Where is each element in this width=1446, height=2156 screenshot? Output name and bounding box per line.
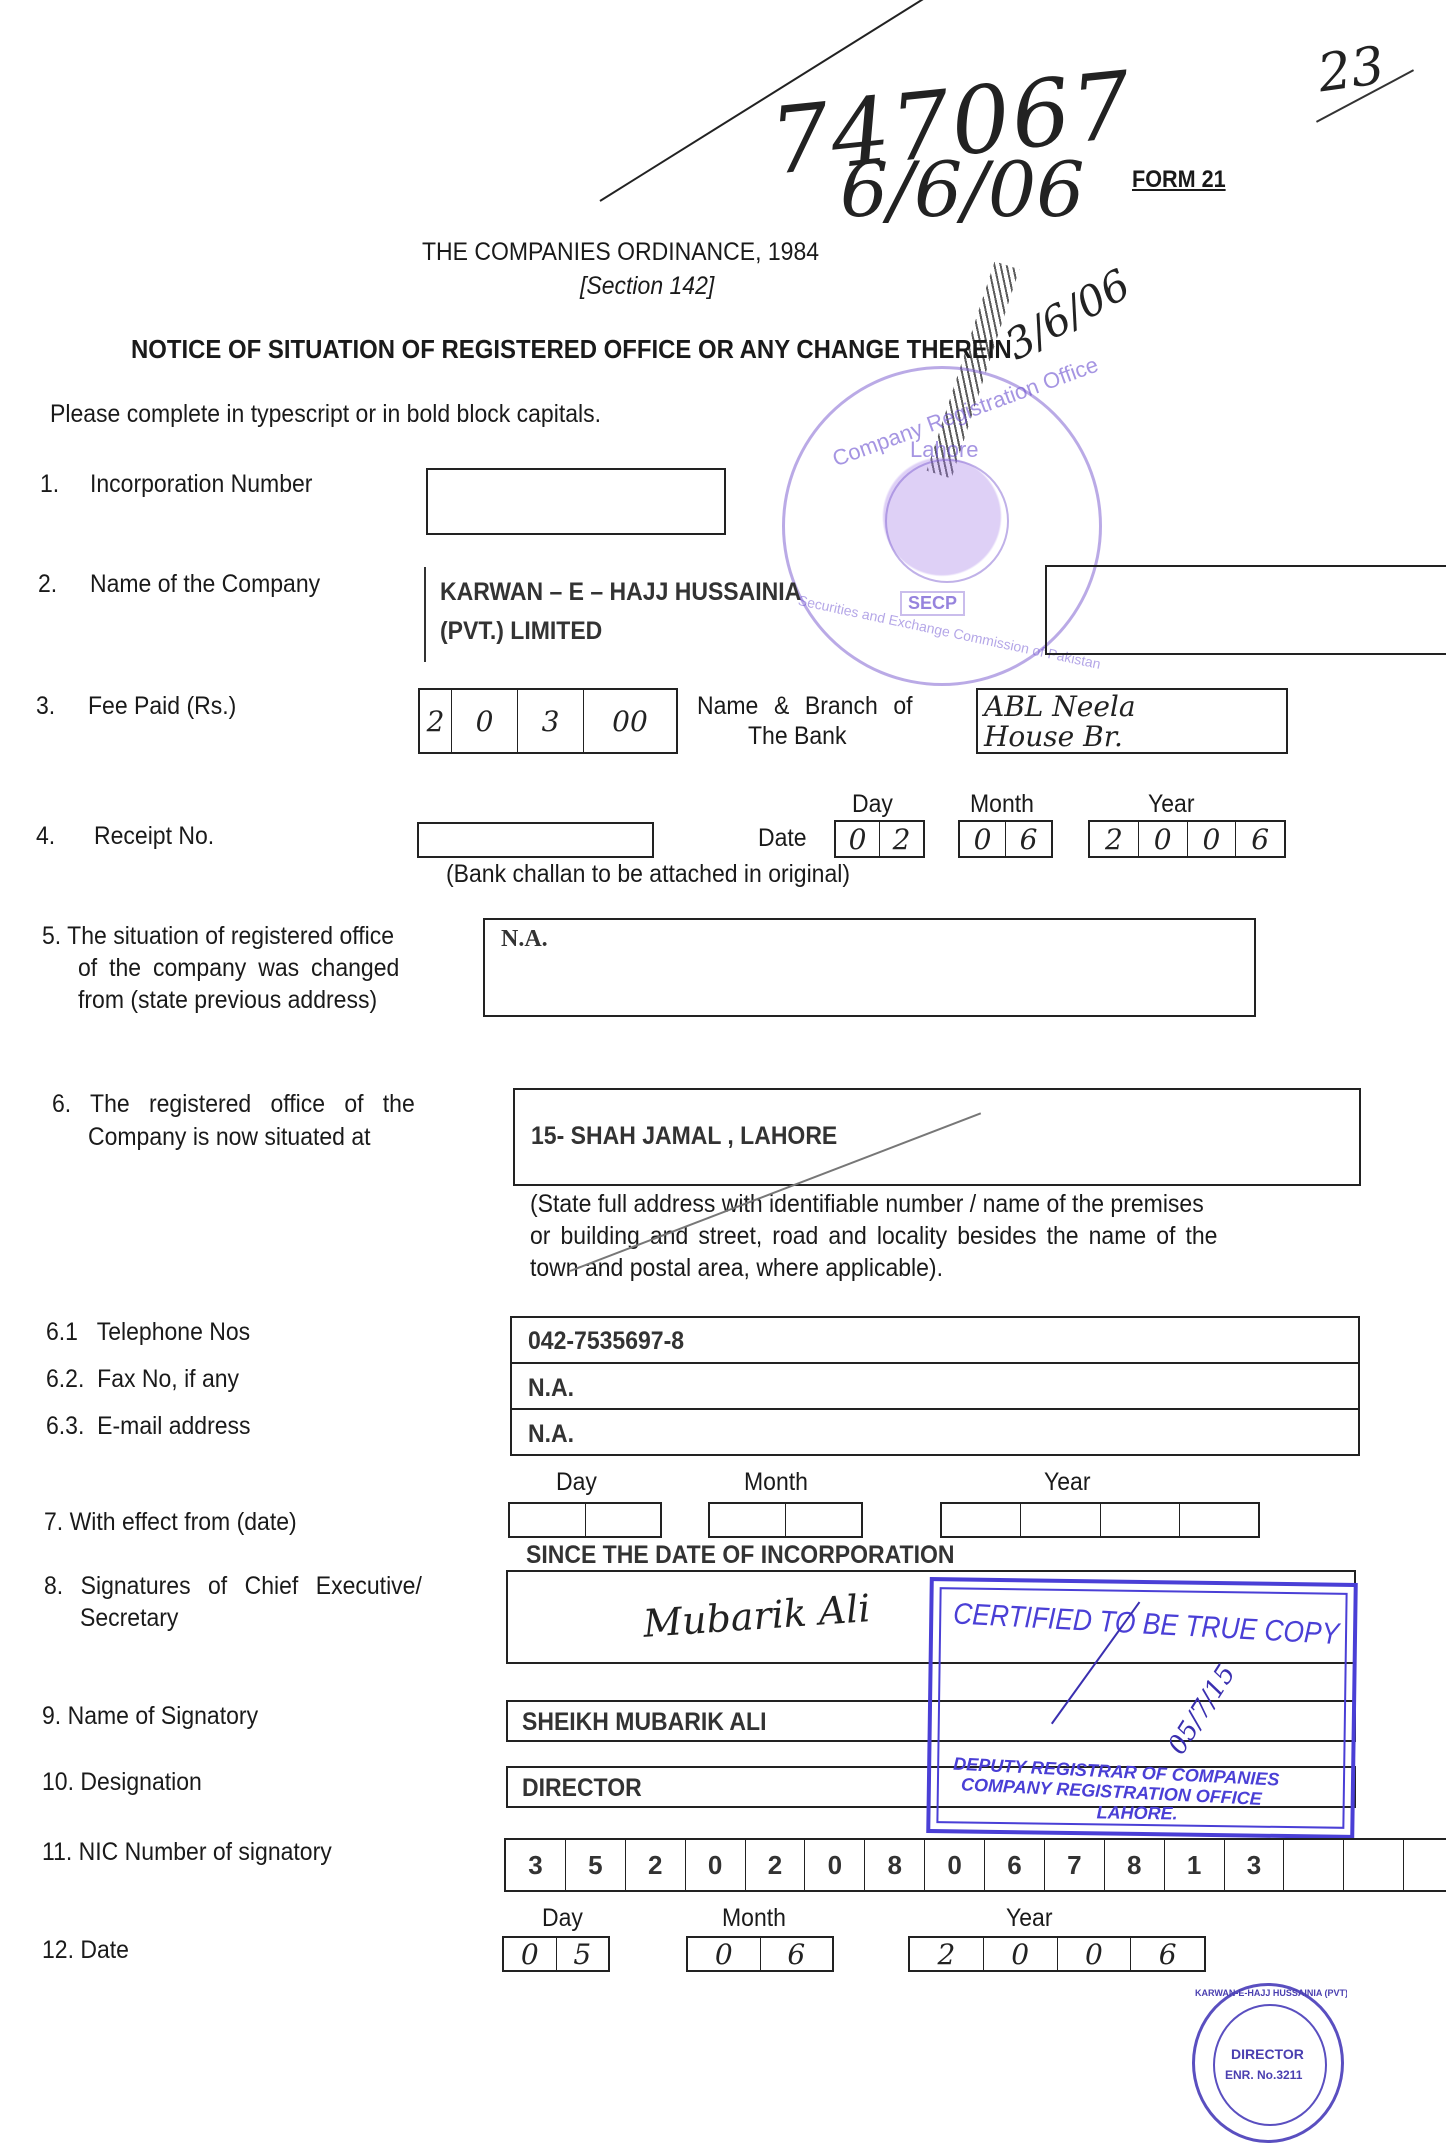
- item-6-number: 6.: [52, 1090, 71, 1118]
- item-11-label: 11. NIC Number of signatory: [42, 1838, 332, 1867]
- fee-digit: 00: [584, 690, 676, 752]
- stamp-emblem-cross: [885, 459, 1009, 583]
- effect-month-field[interactable]: [708, 1502, 863, 1538]
- date-digit: 5: [557, 1938, 609, 1970]
- stamp-badge: SECP: [900, 591, 965, 616]
- nic-digit: 2: [746, 1840, 806, 1890]
- nic-digit: 2: [626, 1840, 686, 1890]
- act-title: THE COMPANIES ORDINANCE, 1984: [422, 238, 819, 267]
- page-number-annotation: 23: [1314, 36, 1388, 105]
- item-6-1-label: 6.1 Telephone Nos: [46, 1318, 250, 1347]
- receipt-month-field[interactable]: 0 6: [958, 820, 1053, 858]
- fax-value: N.A.: [528, 1374, 574, 1403]
- date-digit: [510, 1504, 586, 1536]
- nic-digit: 3: [1225, 1840, 1285, 1890]
- current-address-value: 15- SHAH JAMAL , LAHORE: [531, 1122, 837, 1151]
- bank-name-line1: ABL Neela: [984, 690, 1136, 723]
- item-9-label: 9. Name of Signatory: [42, 1702, 258, 1731]
- company-name-label: Name of the Company: [90, 570, 320, 599]
- certified-true-copy-stamp: CERTIFIED TO BE TRUE COPY 05/7/15 DEPUTY…: [926, 1577, 1358, 1839]
- date-digit: 6: [1131, 1938, 1204, 1970]
- date-digit: 0: [1188, 822, 1237, 856]
- fee-label: Fee Paid (Rs.): [88, 692, 236, 721]
- item-10-number: 10.: [42, 1768, 74, 1796]
- incorporation-number-field[interactable]: [426, 468, 726, 535]
- effect-month-label: Month: [744, 1468, 808, 1497]
- nic-digit: [1284, 1840, 1344, 1890]
- instruction-text: Please complete in typescript or in bold…: [50, 400, 601, 429]
- signature-label: Signatures of Chief Executive/: [81, 1572, 422, 1600]
- fee-amount-field[interactable]: 2 0 3 00: [418, 688, 678, 754]
- signing-year-field[interactable]: 2 0 0 6: [908, 1936, 1206, 1972]
- receipt-year-label: Year: [1148, 790, 1194, 819]
- initial-date-annotation: 3/6/06: [997, 259, 1139, 369]
- signing-day-field[interactable]: 0 5: [502, 1936, 610, 1972]
- fee-digit: 3: [518, 690, 584, 752]
- item-11-number: 11.: [42, 1838, 72, 1866]
- date-digit: [1021, 1504, 1100, 1536]
- diary-date-annotation: 6/6/06: [840, 145, 1085, 234]
- receipt-month-label: Month: [970, 790, 1034, 819]
- date-digit: 6: [761, 1938, 833, 1970]
- telephone-value: 042-7535697-8: [528, 1327, 684, 1356]
- date-digit: 0: [984, 1938, 1058, 1970]
- receipt-number-field[interactable]: [417, 822, 654, 858]
- bank-challan-note: (Bank challan to be attached in original…: [446, 860, 850, 889]
- item-6-3-label: 6.3. E-mail address: [46, 1412, 251, 1441]
- company-name-divider: [424, 567, 426, 662]
- nic-digit: 0: [925, 1840, 985, 1890]
- office-use-box: [1045, 565, 1446, 655]
- company-name-line2[interactable]: (PVT.) LIMITED: [440, 617, 602, 646]
- effect-year-field[interactable]: [940, 1502, 1260, 1538]
- fax-label: Fax No, if any: [97, 1365, 239, 1393]
- nic-digit: 8: [865, 1840, 925, 1890]
- effect-day-label: Day: [556, 1468, 597, 1497]
- nic-digit: 0: [686, 1840, 746, 1890]
- item-4-number: 4.: [36, 822, 55, 851]
- date-digit: [710, 1504, 786, 1536]
- item-12-label: 12. Date: [42, 1936, 129, 1965]
- date-digit: 0: [688, 1938, 761, 1970]
- director-seal: KARWAN-E-HAJJ HUSSAINIA (PVT) LTD. LHR. …: [1192, 1983, 1344, 2143]
- nic-digit: 5: [566, 1840, 626, 1890]
- incorporation-label: Incorporation Number: [90, 470, 312, 499]
- email-number-label: 6.3.: [46, 1412, 84, 1440]
- fax-field[interactable]: N.A.: [510, 1362, 1360, 1410]
- bank-label-line2: The Bank: [748, 722, 846, 751]
- date-digit: [942, 1504, 1021, 1536]
- item-7-number: 7.: [44, 1508, 63, 1536]
- telephone-label: Telephone Nos: [97, 1318, 250, 1346]
- date-digit: 0: [1058, 1938, 1132, 1970]
- director-seal-number: ENR. No.3211: [1225, 2068, 1302, 2082]
- item-6-label-text: The registered office of the: [90, 1090, 415, 1118]
- item-2-number: 2.: [38, 570, 57, 599]
- nic-digit: [1404, 1840, 1446, 1890]
- bank-label-line1: Name & Branch of: [697, 692, 913, 721]
- receipt-label: Receipt No.: [94, 822, 214, 851]
- date-digit: [1180, 1504, 1258, 1536]
- item-9-number: 9.: [42, 1702, 61, 1730]
- section-reference: [Section 142]: [580, 272, 714, 301]
- receipt-day-field[interactable]: 0 2: [834, 820, 925, 858]
- item-1-number: 1.: [40, 470, 59, 499]
- date-year-label: Year: [1006, 1904, 1052, 1933]
- director-seal-ring-text: KARWAN-E-HAJJ HUSSAINIA (PVT) LTD. LHR.: [1195, 1988, 1347, 1998]
- effect-day-field[interactable]: [508, 1502, 662, 1538]
- date-digit: [586, 1504, 661, 1536]
- date-digit: 2: [880, 822, 923, 856]
- item-6-2-label: 6.2. Fax No, if any: [46, 1365, 239, 1394]
- email-label: E-mail address: [97, 1412, 250, 1440]
- nic-label: NIC Number of signatory: [79, 1838, 332, 1866]
- item-8-label-line1: 8. Signatures of Chief Executive/: [44, 1572, 422, 1601]
- receipt-day-label: Day: [852, 790, 893, 819]
- address-note-line1: (State full address with identifiable nu…: [530, 1190, 1204, 1219]
- previous-address-value: N.A.: [501, 926, 548, 953]
- telephone-number-label: 6.1: [46, 1318, 78, 1346]
- date-digit: 0: [504, 1938, 557, 1970]
- fee-digit: 2: [420, 690, 452, 752]
- item-6-label-line2: Company is now situated at: [88, 1123, 371, 1152]
- item-5-label-line1: 5. The situation of registered office: [42, 922, 394, 951]
- item-5-label-line2: of the company was changed: [78, 954, 399, 983]
- telephone-field[interactable]: 042-7535697-8: [510, 1316, 1360, 1364]
- company-name-line1[interactable]: KARWAN – E – HAJJ HUSSAINIA: [440, 578, 801, 607]
- item-12-number: 12.: [42, 1936, 74, 1964]
- director-seal-title: DIRECTOR: [1231, 2046, 1304, 2062]
- nic-digit: 6: [985, 1840, 1045, 1890]
- item-7-label: 7. With effect from (date): [44, 1508, 297, 1537]
- certified-line3: LAHORE.: [1096, 1802, 1177, 1824]
- item-10-label: 10. Designation: [42, 1768, 202, 1797]
- nic-digit: 8: [1105, 1840, 1165, 1890]
- nic-number-field[interactable]: 3 5 2 0 2 0 8 0 6 7 8 1 3: [504, 1838, 1446, 1892]
- receipt-year-field[interactable]: 2 0 0 6: [1088, 820, 1286, 858]
- signatory-name-value: SHEIKH MUBARIK ALI: [522, 1708, 766, 1737]
- form-number: FORM 21: [1132, 166, 1226, 194]
- item-5-label-text: The situation of registered office: [67, 922, 394, 950]
- page-title: NOTICE OF SITUATION OF REGISTERED OFFICE…: [131, 334, 1012, 365]
- designation-value: DIRECTOR: [522, 1774, 642, 1803]
- item-6-label-line1: 6. The registered office of the: [52, 1090, 415, 1119]
- item-8-number: 8.: [44, 1572, 63, 1600]
- date-day-label: Day: [542, 1904, 583, 1933]
- item-5-label-line3: from (state previous address): [78, 986, 377, 1015]
- receipt-date-label: Date: [758, 824, 807, 853]
- item-8-label-line2: Secretary: [80, 1604, 178, 1633]
- signatory-label: Name of Signatory: [68, 1702, 258, 1730]
- date-digit: 0: [1139, 822, 1188, 856]
- item-5-number: 5.: [42, 922, 61, 950]
- nic-digit: 7: [1045, 1840, 1105, 1890]
- fax-number-label: 6.2.: [46, 1365, 84, 1393]
- signing-month-field[interactable]: 0 6: [686, 1936, 834, 1972]
- nic-digit: 1: [1165, 1840, 1225, 1890]
- date-digit: [786, 1504, 861, 1536]
- designation-label: Designation: [80, 1768, 201, 1796]
- signature-value: Mubarik Ali: [642, 1586, 872, 1646]
- address-note-line3: town and postal area, where applicable).: [530, 1254, 943, 1283]
- date-digit: 6: [1006, 822, 1051, 856]
- email-field[interactable]: N.A.: [510, 1408, 1360, 1456]
- nic-digit: 3: [506, 1840, 566, 1890]
- date-label: Date: [80, 1936, 129, 1964]
- date-digit: 0: [836, 822, 880, 856]
- bank-name-field[interactable]: ABL Neela House Br.: [976, 688, 1288, 754]
- date-digit: 0: [960, 822, 1006, 856]
- email-value: N.A.: [528, 1420, 574, 1449]
- effect-note: SINCE THE DATE OF INCORPORATION: [526, 1541, 954, 1570]
- nic-digit: 0: [805, 1840, 865, 1890]
- previous-address-field[interactable]: N.A.: [483, 918, 1256, 1017]
- nic-digit: [1344, 1840, 1404, 1890]
- item-3-number: 3.: [36, 692, 55, 721]
- effect-label: With effect from (date): [70, 1508, 297, 1536]
- director-seal-inner-ring: [1213, 2004, 1327, 2126]
- date-digit: 6: [1236, 822, 1284, 856]
- effect-year-label: Year: [1044, 1468, 1090, 1497]
- date-month-label: Month: [722, 1904, 786, 1933]
- fee-digit: 0: [452, 690, 518, 752]
- date-digit: 2: [910, 1938, 984, 1970]
- current-address-field[interactable]: 15- SHAH JAMAL , LAHORE: [513, 1088, 1361, 1186]
- date-digit: 2: [1090, 822, 1139, 856]
- date-digit: [1101, 1504, 1180, 1536]
- bank-name-line2: House Br.: [984, 720, 1123, 753]
